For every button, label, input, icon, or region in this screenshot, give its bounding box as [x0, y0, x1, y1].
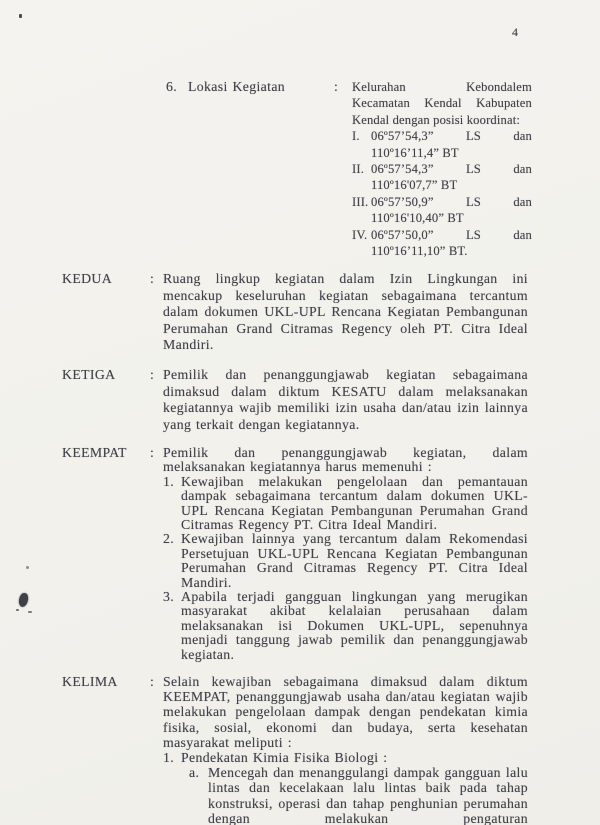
list-item-text: Kewajiban melakukan pengelolaan dan pema…	[181, 475, 528, 533]
dictum-label: KELIMA	[62, 674, 150, 825]
paragraph: Pemilik dan penanggungjawab kegiatan, da…	[163, 446, 528, 475]
list-item: 1.Kewajiban melakukan pengelolaan dan pe…	[163, 475, 528, 533]
value-line: KelurahanKebondalem	[352, 79, 532, 95]
coordinate-line: 110º16'07,7” BT	[371, 177, 532, 193]
coordinate-token: LS	[466, 161, 481, 177]
colon-separator: :	[334, 79, 352, 259]
dictum-body: Selain kewajiban sebagaimana dimaksud da…	[163, 674, 528, 825]
value-line: Kendal dengan posisi koordinat:	[352, 112, 532, 128]
coordinate-body: 06º57’50,9”LSdan110º16'10,40” BT	[371, 194, 532, 227]
list-item: 2.Kewajiban lainnya yang tercantum dalam…	[163, 532, 528, 590]
colon-separator: :	[150, 446, 163, 662]
list-item: a.Mencegah dan menanggulangi dampak gang…	[189, 765, 528, 825]
dictum-body: Pemilik dan penanggungjawab kegiatan seb…	[163, 367, 528, 433]
coordinate-token: LS	[466, 128, 481, 144]
item-number: 6.	[166, 79, 188, 259]
dictum-label: KEEMPAT	[62, 446, 150, 662]
coordinate-line: 06º57’50,0”LSdan	[371, 227, 532, 243]
coordinate-token: 06º57’50,9”	[371, 194, 434, 210]
colon-separator: :	[150, 367, 163, 433]
dictum-label: KEDUA	[62, 271, 150, 354]
scan-speck	[26, 566, 29, 569]
scan-speck	[16, 609, 19, 611]
coordinate-numeral: III.	[352, 194, 371, 227]
lokasi-kegiatan-item: 6. Lokasi Kegiatan : KelurahanKebondalem…	[166, 79, 532, 259]
paragraph: Selain kewajiban sebagaimana dimaksud da…	[163, 674, 528, 750]
coordinate-body: 06º57’54,3”LSdan110º16’11,4” BT	[371, 128, 532, 161]
value-word: Kendal	[424, 95, 461, 111]
item-value: KelurahanKebondalemKecamatanKendalKabupa…	[352, 79, 532, 259]
value-line: KecamatanKendalKabupaten	[352, 95, 532, 111]
list-item-text: Mencegah dan menanggulangi dampak ganggu…	[208, 765, 528, 825]
list-item-text: Apabila terjadi gangguan lingkungan yang…	[181, 590, 528, 662]
coordinate-token: LS	[466, 227, 481, 243]
coordinate-token: 06º57’54,3”	[371, 128, 434, 144]
colon-separator: :	[150, 674, 163, 825]
page-number: 4	[512, 25, 518, 40]
coordinate-entry: III.06º57’50,9”LSdan110º16'10,40” BT	[352, 194, 532, 227]
coordinate-line: 110º16’11,4” BT	[371, 145, 532, 161]
paragraph: Pemilik dan penanggungjawab kegiatan seb…	[163, 367, 528, 433]
list-item-text: Pendekatan Kimia Fisika Biologi :	[181, 750, 528, 765]
dictum-body: Ruang lingkup kegiatan dalam Izin Lingku…	[163, 271, 528, 354]
list-item-text: Kewajiban lainnya yang tercantum dalam R…	[181, 532, 528, 590]
scanned-document-page: 4 6. Lokasi Kegiatan : KelurahanKebondal…	[0, 0, 600, 825]
coordinate-token: dan	[513, 161, 532, 177]
coordinate-token: LS	[466, 194, 481, 210]
coordinate-body: 06º57’54,3”LSdan110º16'07,7” BT	[371, 161, 532, 194]
coordinate-token: dan	[513, 194, 532, 210]
scan-speck	[28, 611, 32, 613]
dictum-label: KETIGA	[62, 367, 150, 433]
list-marker: 1.	[163, 475, 181, 533]
scan-speck	[19, 14, 22, 18]
coordinate-token: 06º57’54,3”	[371, 161, 434, 177]
dictum-kedua: KEDUA:Ruang lingkup kegiatan dalam Izin …	[62, 271, 528, 354]
value-word: Kelurahan	[352, 79, 406, 95]
value-word: Kabupaten	[476, 95, 532, 111]
coordinate-line: 110º16'10,40” BT	[371, 210, 532, 226]
list-marker: a.	[189, 765, 208, 825]
list-item: 3.Apabila terjadi gangguan lingkungan ya…	[163, 590, 528, 662]
coordinate-numeral: I.	[352, 128, 371, 161]
list-marker: 2.	[163, 532, 181, 590]
ink-blot	[18, 592, 29, 607]
colon-separator: :	[150, 271, 163, 354]
coordinate-token: dan	[513, 227, 532, 243]
coordinate-token: 06º57’50,0”	[371, 227, 434, 243]
coordinate-body: 06º57’50,0”LSdan110º16’11,10” BT.	[371, 227, 532, 260]
dictum-keempat: KEEMPAT:Pemilik dan penanggungjawab kegi…	[62, 446, 528, 662]
dictum-body: Pemilik dan penanggungjawab kegiatan, da…	[163, 446, 528, 662]
dictum-kelima: KELIMA:Selain kewajiban sebagaimana dima…	[62, 674, 528, 825]
coordinate-entry: I.06º57’54,3”LSdan110º16’11,4” BT	[352, 128, 532, 161]
coordinate-line: 06º57’54,3”LSdan	[371, 128, 532, 144]
value-word: Kecamatan	[352, 95, 410, 111]
list-item: 1.Pendekatan Kimia Fisika Biologi :	[163, 750, 528, 765]
coordinate-entry: II.06º57’54,3”LSdan110º16'07,7” BT	[352, 161, 532, 194]
coordinate-line: 06º57’54,3”LSdan	[371, 161, 532, 177]
coordinate-numeral: II.	[352, 161, 371, 194]
value-word: Kebondalem	[466, 79, 532, 95]
paragraph: Ruang lingkup kegiatan dalam Izin Lingku…	[163, 271, 528, 354]
coordinate-line: 110º16’11,10” BT.	[371, 243, 532, 259]
coordinate-token: dan	[513, 128, 532, 144]
coordinate-line: 06º57’50,9”LSdan	[371, 194, 532, 210]
coordinate-entry: IV.06º57’50,0”LSdan110º16’11,10” BT.	[352, 227, 532, 260]
coordinate-numeral: IV.	[352, 227, 371, 260]
dictum-ketiga: KETIGA:Pemilik dan penanggungjawab kegia…	[62, 367, 528, 433]
list-marker: 1.	[163, 750, 181, 765]
list-marker: 3.	[163, 590, 181, 662]
item-label: Lokasi Kegiatan	[188, 79, 334, 259]
